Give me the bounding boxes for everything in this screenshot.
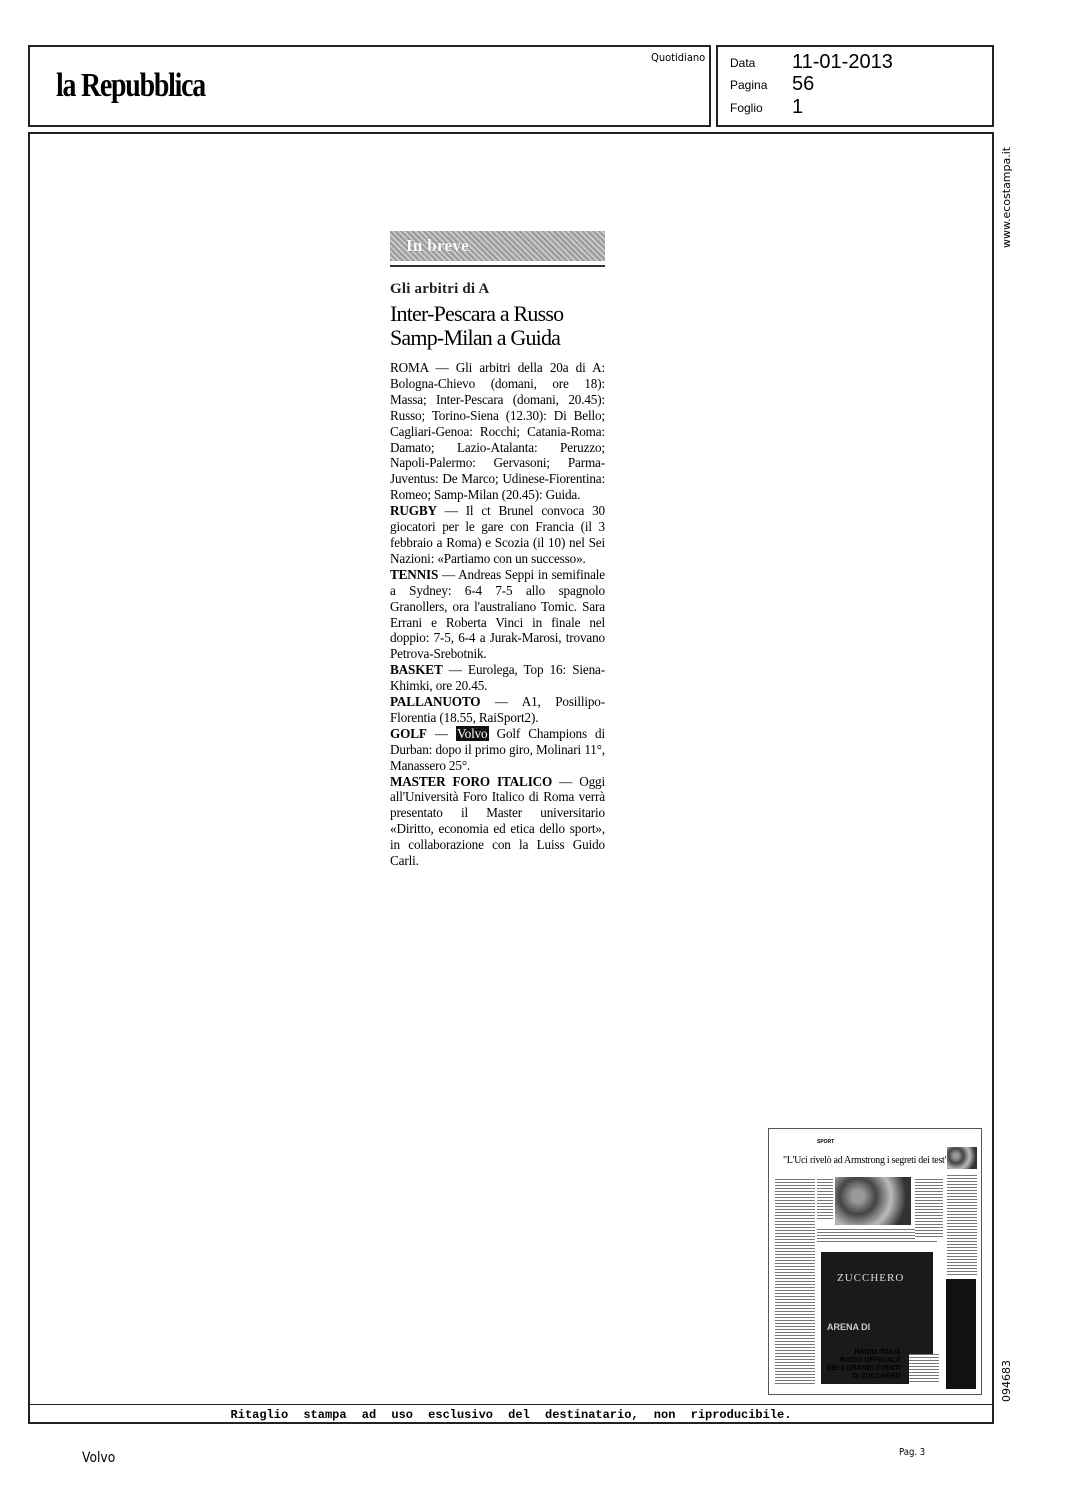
keyword-highlight: Volvo [456, 726, 489, 741]
side-url: www.ecostampa.it [1000, 148, 1014, 248]
thumb-text-column [817, 1179, 833, 1219]
paragraph-lead: GOLF [390, 726, 427, 741]
thumb-text-column [947, 1175, 977, 1275]
meta-page-value: 56 [792, 73, 814, 96]
clipping-code: 094683 [1000, 1360, 1013, 1402]
metadata-box: Data11-01-2013 Pagina56 Foglio1 [716, 45, 994, 127]
meta-date-value: 11-01-2013 [792, 51, 893, 74]
newspaper-logo: la Repubblica [56, 67, 205, 105]
headline-line-1: Inter-Pescara a Russo [390, 302, 605, 326]
section-label: In breve [406, 236, 469, 256]
headline-line-2: Samp-Milan a Guida [390, 326, 605, 350]
paragraph-rugby: RUGBY — Il ct Brunel convoca 30 giocator… [390, 503, 605, 567]
article-overline: Gli arbitri di A [390, 281, 605, 298]
source-url: www.ecostampa.it [1000, 147, 1013, 248]
masthead-box: la Repubblica Quotidiano [28, 45, 711, 127]
publication-frequency: Quotidiano [651, 51, 705, 64]
paragraph-text: ROMA — Gli arbitri della 20a di A: Bolog… [390, 360, 605, 502]
paragraph-pallanuoto: PALLANUOTO — A1, Posillipo-Florentia (18… [390, 694, 605, 726]
thumb-ad-line: DEI 3 GRANDI EVENTI [821, 1365, 901, 1373]
disclaimer: Ritaglio stampa ad uso esclusivo del des… [30, 1408, 992, 1422]
paragraph-dash: — [427, 726, 456, 741]
article-headline: Inter-Pescara a Russo Samp-Milan a Guida [390, 302, 605, 350]
paragraph-golf: GOLF — Volvo Golf Champions di Durban: d… [390, 726, 605, 774]
keyword-label: Volvo [82, 1450, 115, 1466]
paragraph-basket: BASKET — Eurolega, Top 16: Siena-Khimki,… [390, 662, 605, 694]
meta-page-label: Pagina [730, 78, 792, 92]
thumb-ad-line: DI ZUCCHERO [821, 1373, 901, 1381]
section-banner: In breve [390, 231, 605, 261]
thumb-dark-column [946, 1279, 976, 1389]
thumb-ad-line: RADIO ITALIA [821, 1349, 901, 1357]
thumb-text-column [775, 1179, 815, 1384]
meta-sheet: Foglio1 [730, 96, 803, 119]
meta-page: Pagina56 [730, 73, 814, 96]
thumb-ad-title: ZUCCHERO [837, 1272, 904, 1284]
article-body: ROMA — Gli arbitri della 20a di A: Bolog… [390, 360, 605, 869]
thumb-ad-line: RADIO UFFICIALE [821, 1357, 901, 1365]
paragraph-master: MASTER FORO ITALICO — Oggi all'Universit… [390, 774, 605, 869]
page-thumbnail: SPORT "L'Uci rivelò ad Armstrong i segre… [768, 1128, 982, 1395]
meta-date: Data11-01-2013 [730, 51, 893, 74]
page-number: Pag. 3 [899, 1447, 925, 1458]
thumb-headline: "L'Uci rivelò ad Armstrong i segreti dei… [783, 1155, 948, 1166]
article: In breve Gli arbitri di A Inter-Pescara … [390, 231, 605, 869]
paragraph-roma: ROMA — Gli arbitri della 20a di A: Bolog… [390, 360, 605, 503]
meta-sheet-label: Foglio [730, 101, 792, 115]
thumb-section: SPORT [817, 1139, 834, 1145]
thumb-ad-caption: RADIO ITALIA RADIO UFFICIALE DEI 3 GRAND… [821, 1349, 901, 1381]
paragraph-lead: MASTER FORO ITALICO [390, 774, 552, 789]
paragraph-tennis: TENNIS — Andreas Seppi in semifinale a S… [390, 567, 605, 662]
paragraph-lead: RUGBY [390, 503, 437, 518]
section-rule [390, 265, 605, 267]
paragraph-lead: TENNIS [390, 567, 438, 582]
footer-divider [30, 1404, 992, 1405]
paragraph-lead: BASKET [390, 662, 443, 677]
thumb-photo [835, 1177, 911, 1225]
paragraph-lead: PALLANUOTO [390, 694, 480, 709]
meta-date-label: Data [730, 56, 792, 70]
thumb-text-column [915, 1179, 943, 1239]
thumb-ad-venue: ARENA DI [827, 1322, 870, 1332]
meta-sheet-value: 1 [792, 96, 803, 119]
thumb-photo-small [947, 1147, 977, 1169]
thumb-logo-block [909, 1354, 939, 1384]
